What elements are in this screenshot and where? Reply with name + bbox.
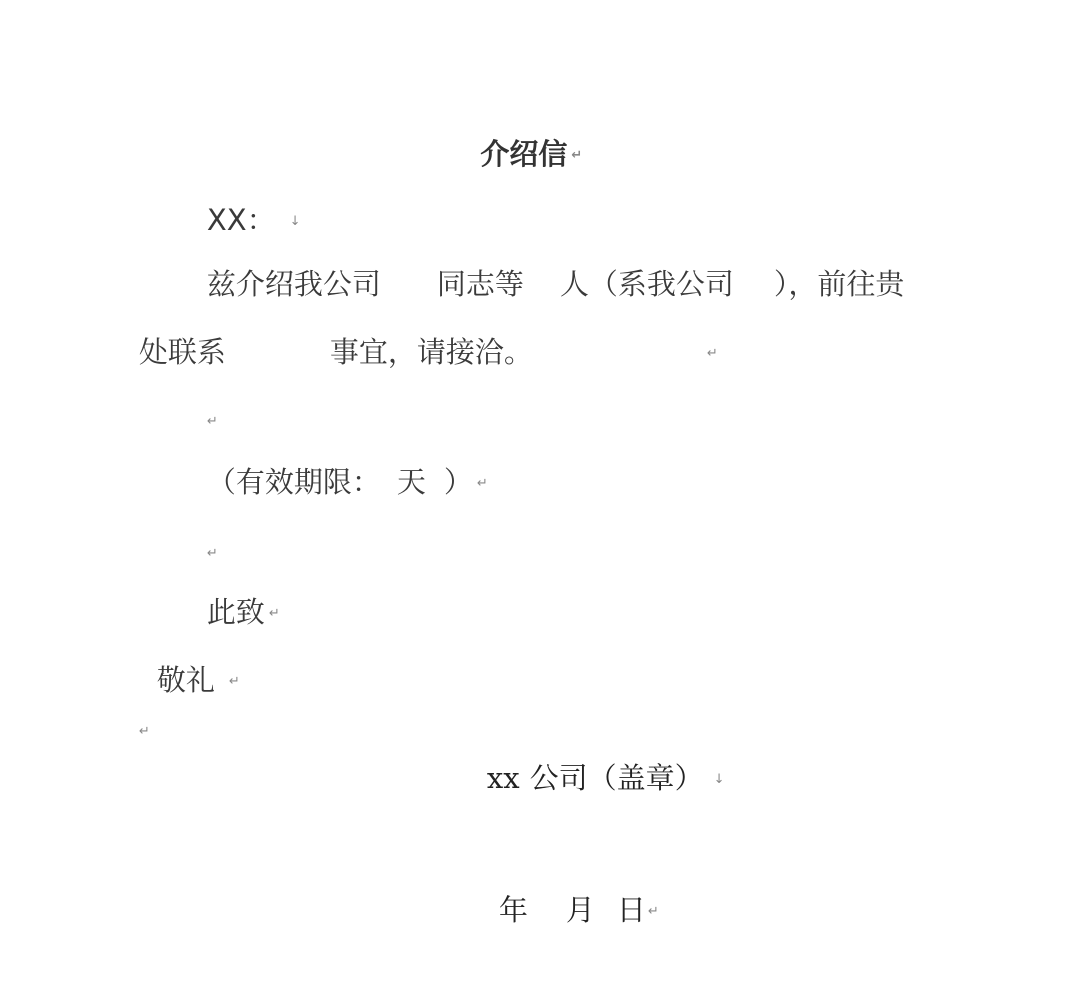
date-day: 日 <box>617 893 646 927</box>
paragraph-mark-icon: ↵ <box>139 724 150 739</box>
body-text: 人（系我公司 <box>560 267 734 301</box>
line-break-mark-icon: ↓ <box>290 214 301 229</box>
body-text: 同志等 <box>437 267 524 301</box>
validity-text: （有效期限： <box>207 465 381 499</box>
company-name-placeholder: xx <box>487 761 520 795</box>
paragraph-mark-icon: ↵ <box>229 674 240 689</box>
document-title: 介绍信↵ <box>440 100 582 210</box>
closing-text: 此致 <box>207 595 265 629</box>
paragraph-mark-icon: ↵ <box>707 346 718 361</box>
title-text: 介绍信 <box>480 137 567 171</box>
paragraph-mark-icon: ↵ <box>571 148 582 163</box>
line-break-mark-icon: ↓ <box>714 772 725 787</box>
date-month: 月 <box>566 893 595 927</box>
paragraph-mark-icon: ↵ <box>648 904 659 919</box>
body-text: 处联系 <box>139 335 226 369</box>
date-year: 年 <box>499 893 528 927</box>
date-line: 年月日↵ <box>462 856 659 966</box>
closing-text: 敬礼 <box>157 663 215 697</box>
validity-text: ） <box>444 465 473 499</box>
paragraph-mark-icon: ↵ <box>269 606 280 621</box>
empty-paragraph: ↵ <box>102 676 150 786</box>
validity-days: 天 <box>397 465 426 499</box>
company-seal-text: 公司（盖章） <box>530 761 704 795</box>
body-text: ），前往贵 <box>774 267 905 301</box>
body-text: 事宜，请接洽。 <box>330 335 533 369</box>
paragraph-mark-icon: ↵ <box>207 414 218 429</box>
body-text: 兹介绍我公司 <box>207 267 381 301</box>
paragraph-mark-icon: ↵ <box>477 476 488 491</box>
signature-line: xx公司（盖章）↓ <box>450 724 725 834</box>
